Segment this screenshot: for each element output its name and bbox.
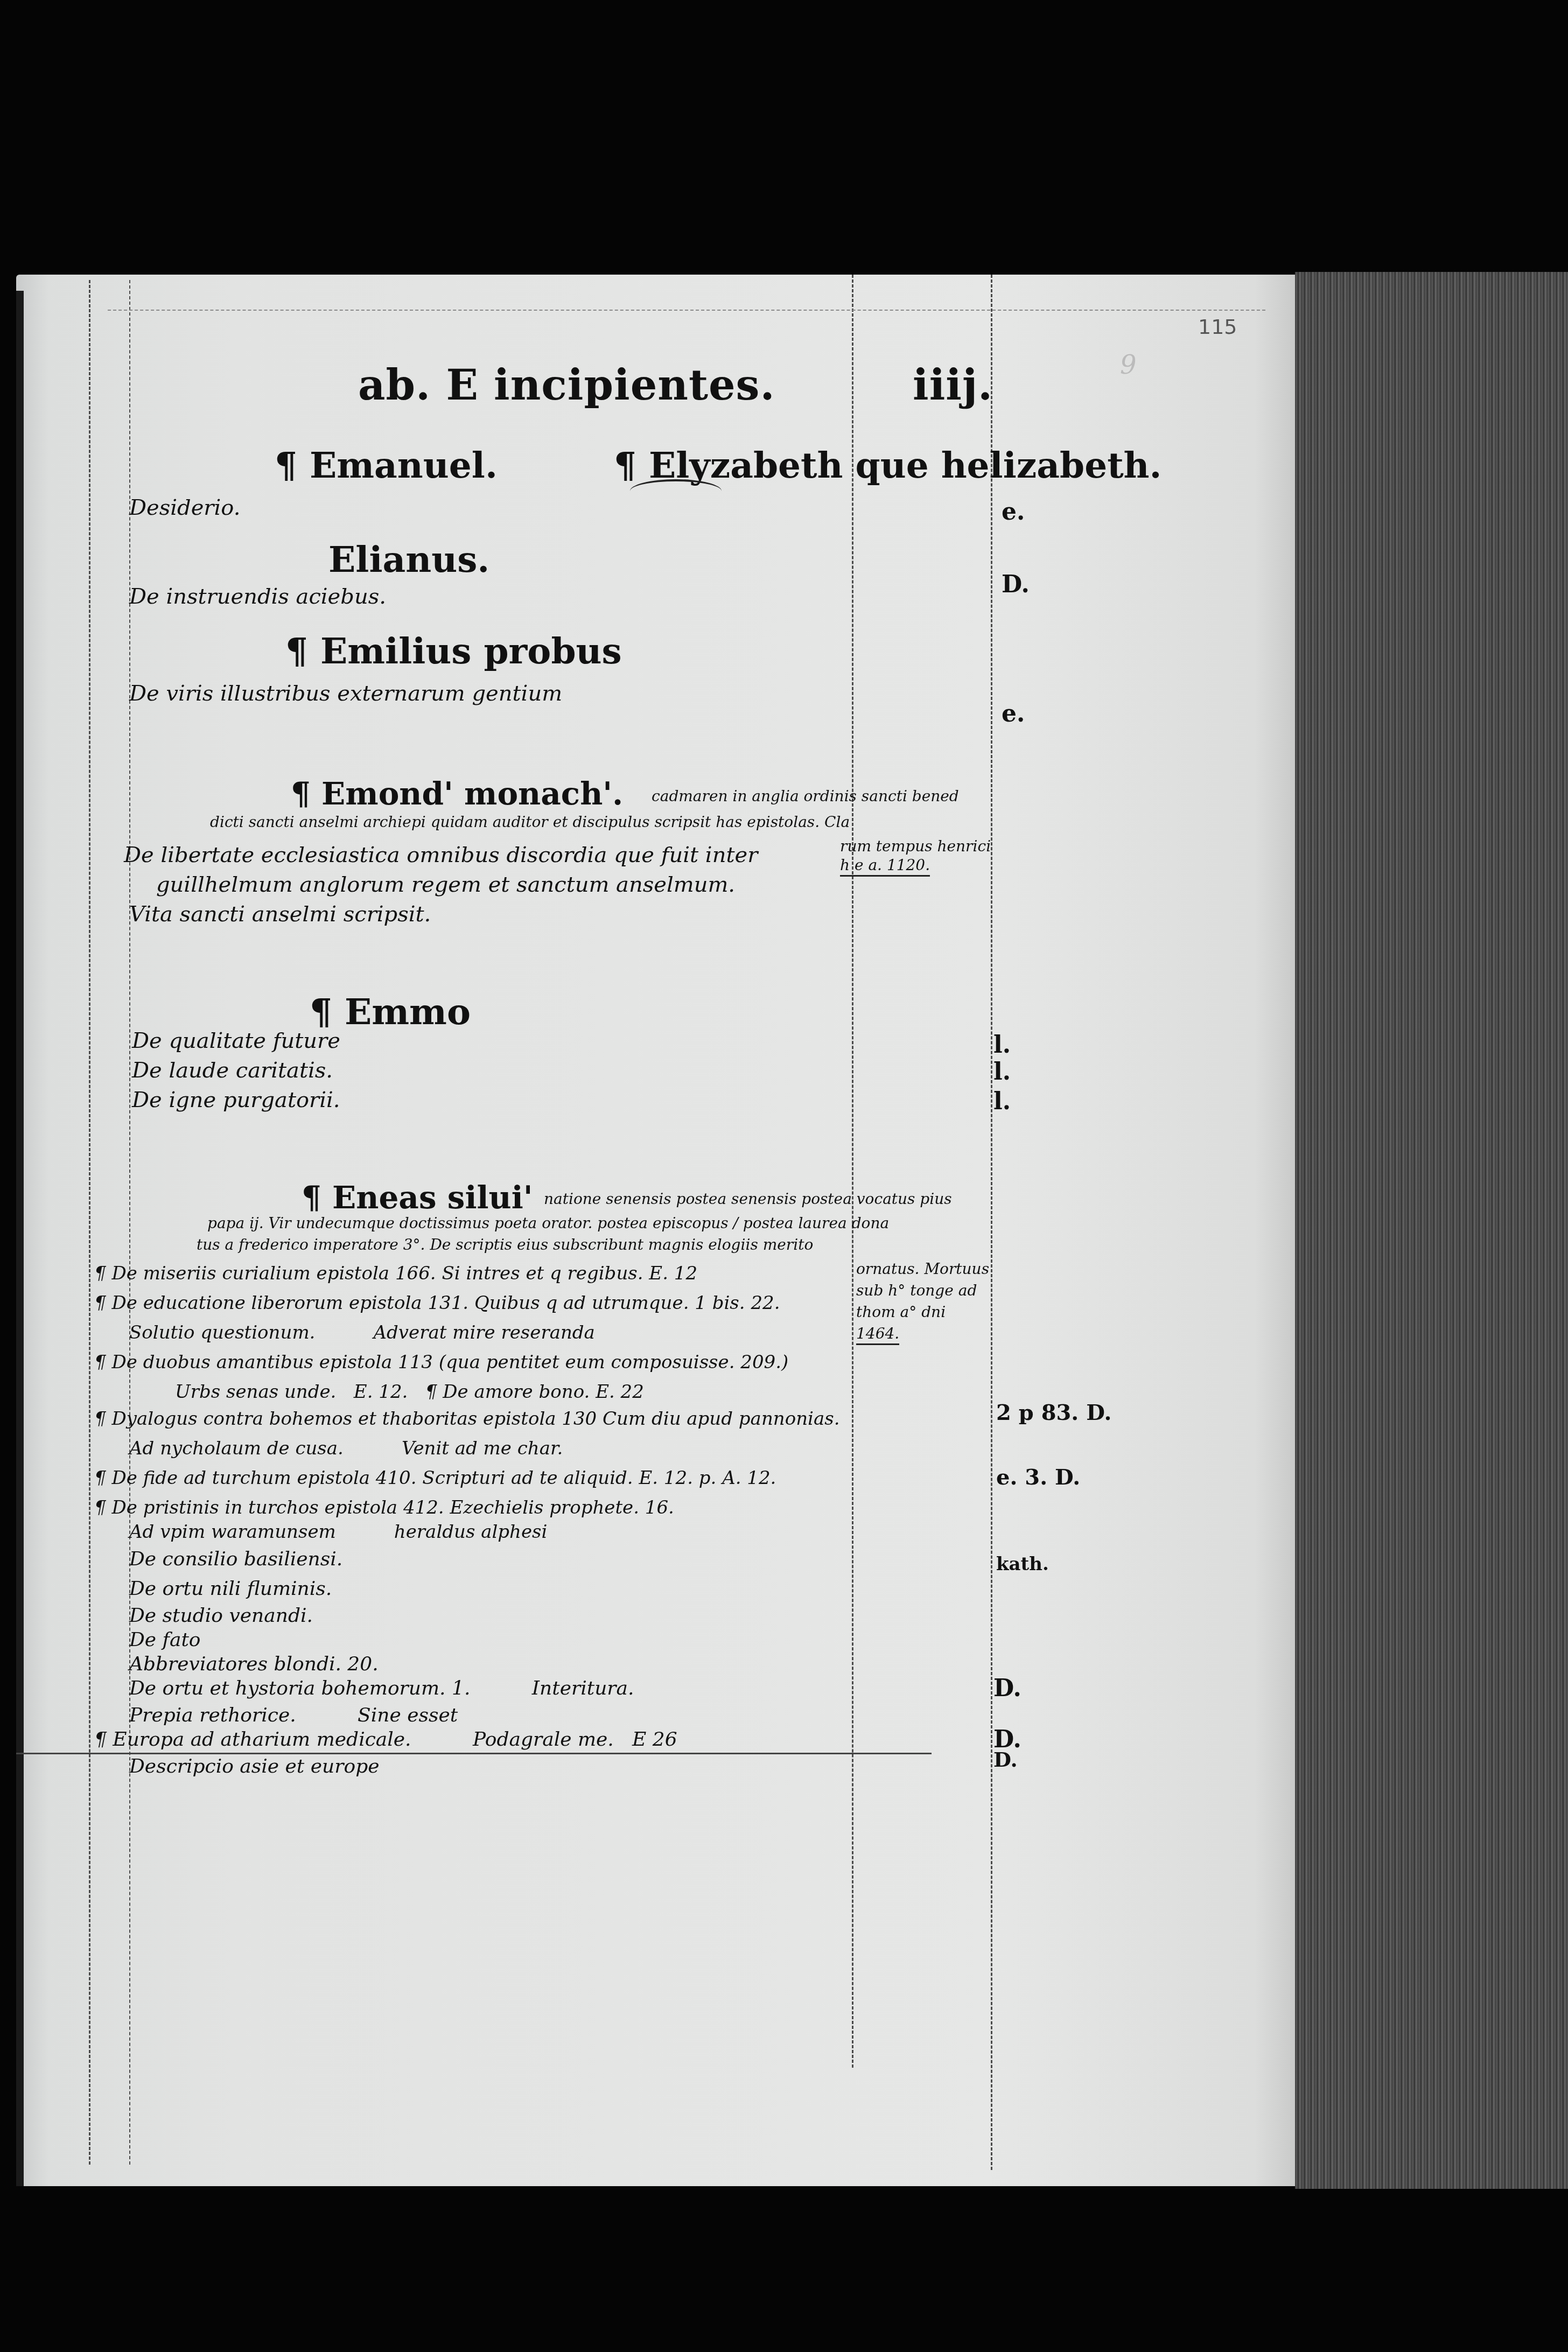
entry-text: Descripcio asie et europe [129,1755,380,1777]
folio-number: 115 [1198,315,1237,339]
entry-text: De studio venandi. [129,1605,313,1627]
ruling-line-top [108,310,1265,311]
entry-text: De ortu et hystoria bohemorum. 1. Interi… [129,1677,634,1699]
entry-text: ¶ De fide ad turchum epistola 410. Scrip… [94,1467,776,1489]
flourish-arc [630,479,722,503]
entry-text: De laude caritatis. [132,1058,333,1083]
entry-text: Solutio questionum. Adverat mire reseran… [129,1322,595,1343]
entry-text: De igne purgatorii. [132,1088,340,1112]
entry-text: Ad nycholaum de cusa. Venit ad me char. [129,1438,563,1459]
ruling-line-center [852,275,853,2068]
ruling-line-lower [16,1753,932,1754]
entry-text: ¶ De pristinis in turchos epistola 412. … [94,1497,674,1518]
entry-text: De ortu nili fluminis. [129,1578,332,1600]
entry-text: ¶ De duobus amantibus epistola 113 (qua … [94,1352,788,1373]
entry-text: De fato [129,1629,201,1651]
entry-text: De libertate ecclesiastica omnibus disco… [124,843,758,867]
entry-mark: D. [1002,571,1030,598]
heading-eneas-silvius: ¶ Eneas silui' [302,1179,533,1216]
entry-text: ¶ Europa ad atharium medicale. Podagrale… [94,1728,677,1751]
entry-text: ¶ Dyalogus contra bohemos et thaboritas … [94,1408,839,1430]
marginal-date-note: ornatus. Mortuus [856,1260,989,1278]
page-gutter-shadow [16,291,24,2186]
marginal-date-note: rum tempus henrici [840,837,991,855]
book-fore-edge [1295,272,1568,2189]
entry-text: Vita sancti anselmi scripsit. [129,902,431,927]
entry-text: guillhelmum anglorum regem et sanctum an… [156,872,735,897]
ruling-line-inner-left [129,280,130,2165]
entry-mark: l. [993,1031,1011,1059]
marginal-date-note: 1464. [856,1325,899,1345]
biographical-note: tus a frederico imperatore 3°. De script… [197,1236,813,1254]
running-head-title: ab. E incipientes. [358,361,775,410]
entry-mark: e. [1002,498,1025,526]
biographical-note: natione senensis postea senensis postea … [544,1190,952,1208]
ruling-line-left [89,280,90,2165]
heading-elianus: Elianus. [328,538,489,580]
entry-mark: e. [1002,700,1025,727]
entry-mark: 2 p 83. D. [996,1400,1111,1425]
heading-emilius-probus: ¶ Emilius probus [285,630,622,672]
marginal-date-note: sub h° tonge ad [856,1282,977,1299]
biographical-note: papa ij. Vir undecumque doctissimus poet… [207,1214,889,1232]
biographical-note: cadmaren in anglia ordinis sancti bened [652,787,959,805]
marginal-date-note: h e a. 1120. [840,856,930,877]
entry-text: ¶ De miseriis curialium epistola 166. Si… [94,1263,697,1284]
entry-text: ¶ De educatione liberorum epistola 131. … [94,1292,780,1314]
running-head-quire: iiij. [913,361,993,410]
heading-emmo: ¶ Emmo [310,991,471,1033]
heading-emond-monachus: ¶ Emond' monach'. [291,775,623,812]
entry-text: Prepia rethorice. Sine esset [129,1704,458,1726]
entry-mark: kath. [996,1553,1049,1575]
entry-mark: e. 3. D. [996,1465,1080,1490]
entry-mark: l. [993,1088,1011,1115]
entry-text: Ad vpim waramunsem heraldus alphesi [129,1521,547,1543]
entry-text: De viris illustribus externarum gentium [129,681,562,706]
entry-text: Desiderio. [129,495,240,520]
entry-text: Urbs senas unde. E. 12. ¶ De amore bono.… [175,1381,644,1403]
heading-emanuel: ¶ Emanuel. [275,444,498,486]
entry-mark: D. [993,1675,1021,1702]
entry-mark: l. [993,1058,1011,1086]
entry-text: De consilio basiliensi. [129,1548,342,1570]
marginal-date-note: thom a° dni [856,1303,946,1321]
ruling-line-right [991,275,992,2170]
entry-mark: D. [993,1747,1018,1772]
biographical-note: dicti sancti anselmi archiepi quidam aud… [210,813,850,831]
faint-margin-mark: 9 [1120,350,1137,380]
entry-text: Abbreviatores blondi. 20. [129,1653,379,1675]
entry-text: De qualitate future [132,1028,340,1053]
entry-text: De instruendis aciebus. [129,584,386,609]
